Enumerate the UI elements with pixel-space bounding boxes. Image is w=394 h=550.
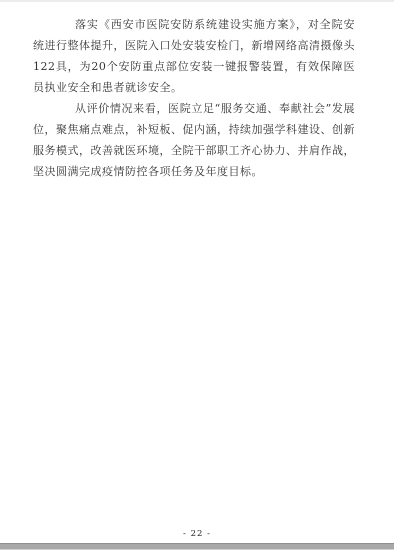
text-line: 服务模式，改善就医环境，全院干部职工齐心协力、并肩作战，	[33, 140, 355, 161]
page-top-edge	[0, 0, 394, 2]
text-line: 统进行整体提升，医院入口处安装安检门，新增网络高清摄像头	[33, 35, 355, 56]
text-line: 员执业安全和患者就诊安全。	[33, 77, 355, 98]
paragraph: 落实《西安市医院安防系统建设实施方案》，对全院安防系 统进行整体提升，医院入口处…	[33, 14, 355, 98]
text-line: 位，聚焦痛点难点，补短板、促内涵，持续加强学科建设、创新	[33, 119, 355, 140]
text-line: 坚决圆满完成疫情防控各项任务及年度目标。	[33, 161, 355, 182]
paragraph: 从评价情况来看，医院立足“服务交通、奉献社会”发展定 位，聚焦痛点难点，补短板、…	[33, 98, 355, 182]
text-line: 落实《西安市医院安防系统建设实施方案》，对全院安防系	[33, 14, 355, 35]
text-line: 从评价情况来看，医院立足“服务交通、奉献社会”发展定	[33, 98, 355, 119]
document-page: 落实《西安市医院安防系统建设实施方案》，对全院安防系 统进行整体提升，医院入口处…	[0, 0, 394, 550]
page-number: - 22 -	[0, 529, 394, 540]
text-line: 122具，为20个安防重点部位安装一键报警装置，有效保障医务人	[33, 56, 355, 77]
body-text: 落实《西安市医院安防系统建设实施方案》，对全院安防系 统进行整体提升，医院入口处…	[33, 14, 355, 182]
page-bottom-edge	[0, 543, 394, 550]
